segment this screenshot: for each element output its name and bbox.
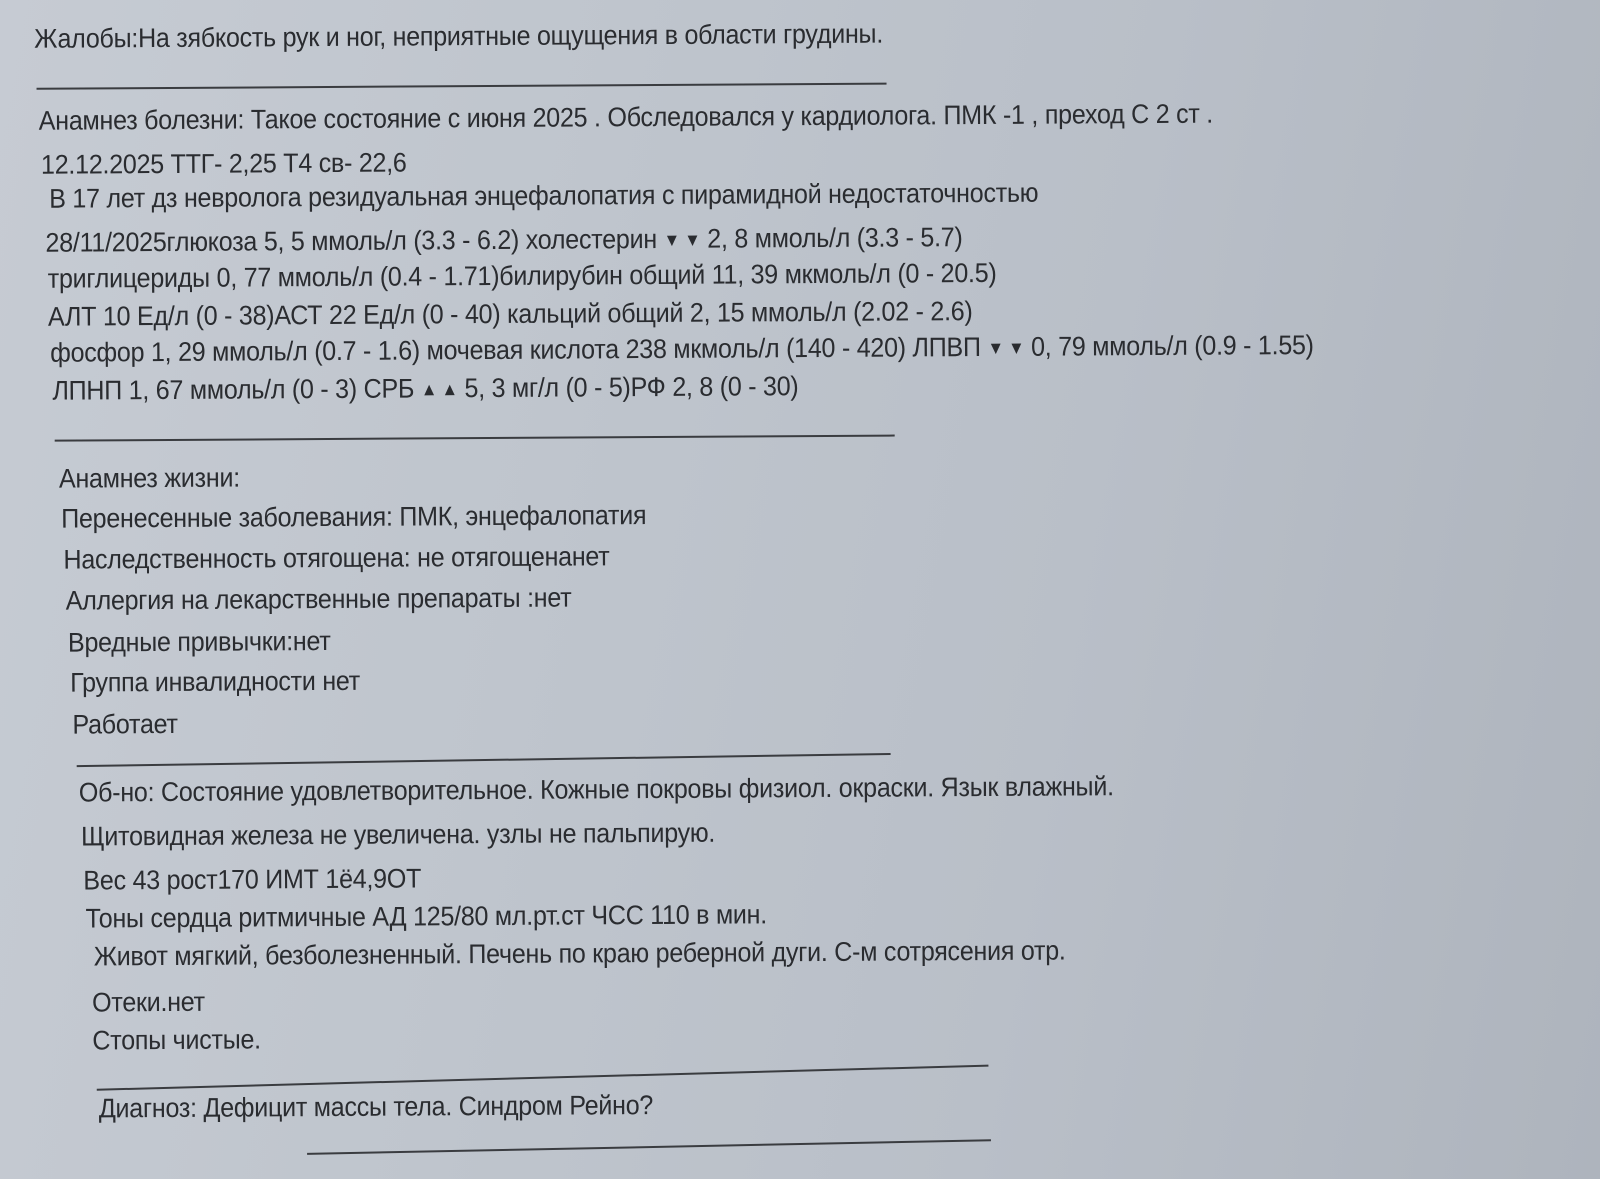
lab-result-line: ЛПНП 1, 67 ммоль/л (0 - 3) СРБ ▲ ▲ 5, 3 …: [52, 371, 798, 407]
exam-item: Стопы чистые.: [92, 1024, 261, 1056]
diagnosis-text: Диагноз: Дефицит массы тела. Синдром Рей…: [99, 1090, 653, 1124]
lab-result-line: 28/11/2025глюкоза 5, 5 ммоль/л (3.3 - 6.…: [45, 222, 962, 259]
section-divider: [77, 753, 891, 767]
neurology-diagnosis-line: В 17 лет дз невролога резидуальная энцеф…: [49, 178, 1038, 215]
life-history-item: Работает: [72, 709, 177, 741]
life-history-item: Группа инвалидности нет: [70, 666, 360, 699]
complaints-text: Жалобы:На зябкость рук и ног, неприятные…: [34, 19, 883, 55]
life-history-item: Наследственность отягощена: не отягощена…: [63, 541, 609, 575]
exam-item: Тоны сердца ритмичные АД 125/80 мл.рт.ст…: [86, 899, 767, 934]
exam-item: Вес 43 рост170 ИМТ 1ё4,9ОТ: [83, 863, 421, 896]
high-flag-icon: ▲ ▲: [421, 379, 458, 399]
low-flag-icon: ▼ ▼: [664, 230, 701, 250]
medical-record-page: Жалобы:На зябкость рук и ног, неприятные…: [0, 0, 1600, 1179]
exam-item: Щитовидная железа не увеличена. узлы не …: [81, 818, 715, 853]
illness-history-line: Анамнез болезни: Такое состояние с июня …: [39, 99, 1213, 137]
life-history-item: Перенесенные заболевания: ПМК, энцефалоп…: [61, 500, 646, 535]
lab-result-line: фосфор 1, 29 ммоль/л (0.7 - 1.6) мочевая…: [50, 330, 1314, 369]
exam-item: Об-но: Состояние удовлетворительное. Кож…: [79, 771, 1114, 808]
life-history-item: Вредные привычки:нет: [68, 626, 331, 659]
exam-item: Отеки.нет: [92, 987, 205, 1019]
life-history-item: Аллергия на лекарственные препараты :нет: [66, 583, 572, 617]
section-divider: [55, 435, 895, 442]
section-divider: [97, 1065, 989, 1091]
hormone-results-line: 12.12.2025 ТТГ- 2,25 Т4 св- 22,6: [41, 148, 407, 181]
life-history-title: Анамнез жизни:: [59, 463, 240, 495]
exam-item: Живот мягкий, безболезненный. Печень по …: [94, 936, 1066, 973]
section-divider: [307, 1139, 991, 1155]
lab-result-line: триглицериды 0, 77 ммоль/л (0.4 - 1.71)б…: [48, 258, 997, 295]
low-flag-icon: ▼ ▼: [987, 338, 1024, 358]
lab-result-line: АЛТ 10 Ед/л (0 - 38)АСТ 22 Ед/л (0 - 40)…: [48, 296, 973, 333]
section-divider: [37, 83, 887, 90]
